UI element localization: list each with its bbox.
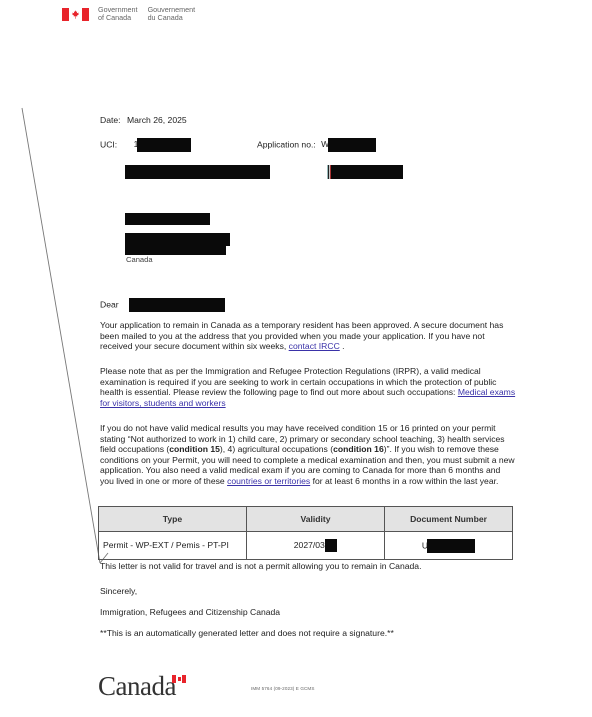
uci-redaction <box>137 138 191 152</box>
barcode-redaction <box>327 165 403 179</box>
cell-document-number: U <box>385 532 513 560</box>
address-country: Canada <box>126 255 153 265</box>
cell-validity: 2027/03/ <box>247 532 385 560</box>
date-label: Date: <box>100 115 121 125</box>
conditions-paragraph: If you do not have valid medical results… <box>100 423 516 487</box>
countries-territories-link[interactable]: countries or territories <box>227 476 310 486</box>
condition-16-label: condition 16 <box>333 444 384 454</box>
uci-line: UCI: 1 <box>100 138 191 152</box>
signature-org: Immigration, Refugees and Citizenship Ca… <box>100 607 280 618</box>
application-line: Application no.: W <box>257 138 376 152</box>
column-header-type: Type <box>99 507 247 532</box>
greeting-name-redaction <box>129 298 225 312</box>
travel-disclaimer: This letter is not valid for travel and … <box>100 561 421 572</box>
government-name-en: Government of Canada <box>98 6 138 22</box>
government-signature: Government of Canada Gouvernement du Can… <box>62 6 195 22</box>
closing: Sincerely, <box>100 586 137 597</box>
address-line-3-redaction <box>125 245 226 255</box>
medical-exam-paragraph: Please note that as per the Immigration … <box>100 366 516 408</box>
canada-flag-icon <box>62 8 89 21</box>
page-edge-line <box>0 0 592 717</box>
cell-type: Permit - WP-EXT / Pemis - PT-PI <box>99 532 247 560</box>
approval-paragraph: Your application to remain in Canada as … <box>100 320 516 352</box>
greeting: Dear <box>100 298 225 312</box>
table-row: Permit - WP-EXT / Pemis - PT-PI 2027/03/… <box>99 532 513 560</box>
column-header-document-number: Document Number <box>385 507 513 532</box>
contact-ircc-link[interactable]: contact IRCC <box>289 341 340 351</box>
government-name-fr: Gouvernement du Canada <box>148 6 196 22</box>
validity-redaction <box>325 539 337 552</box>
table-header-row: Type Validity Document Number <box>99 507 513 532</box>
greeting-label: Dear <box>100 299 119 309</box>
condition-15-label: condition 15 <box>169 444 220 454</box>
address-line-1-redaction <box>125 213 210 225</box>
form-code: IMM 5764 (09-2023) E GCMS <box>251 686 315 692</box>
date-value: March 26, 2025 <box>127 115 187 125</box>
application-label: Application no.: <box>257 139 316 149</box>
date-line: Date: March 26, 2025 <box>100 115 187 126</box>
document-number-redaction <box>427 539 475 553</box>
auto-generated-note: **This is an automatically generated let… <box>100 628 394 639</box>
document-table: Type Validity Document Number Permit - W… <box>98 506 513 560</box>
maple-leaf-icon <box>72 10 79 19</box>
uci-label: UCI: <box>100 139 117 149</box>
column-header-validity: Validity <box>247 507 385 532</box>
application-redaction <box>328 138 376 152</box>
canada-wordmark: Canada <box>98 672 176 700</box>
wordmark-flag-icon <box>172 675 186 683</box>
name-redaction <box>125 165 270 179</box>
